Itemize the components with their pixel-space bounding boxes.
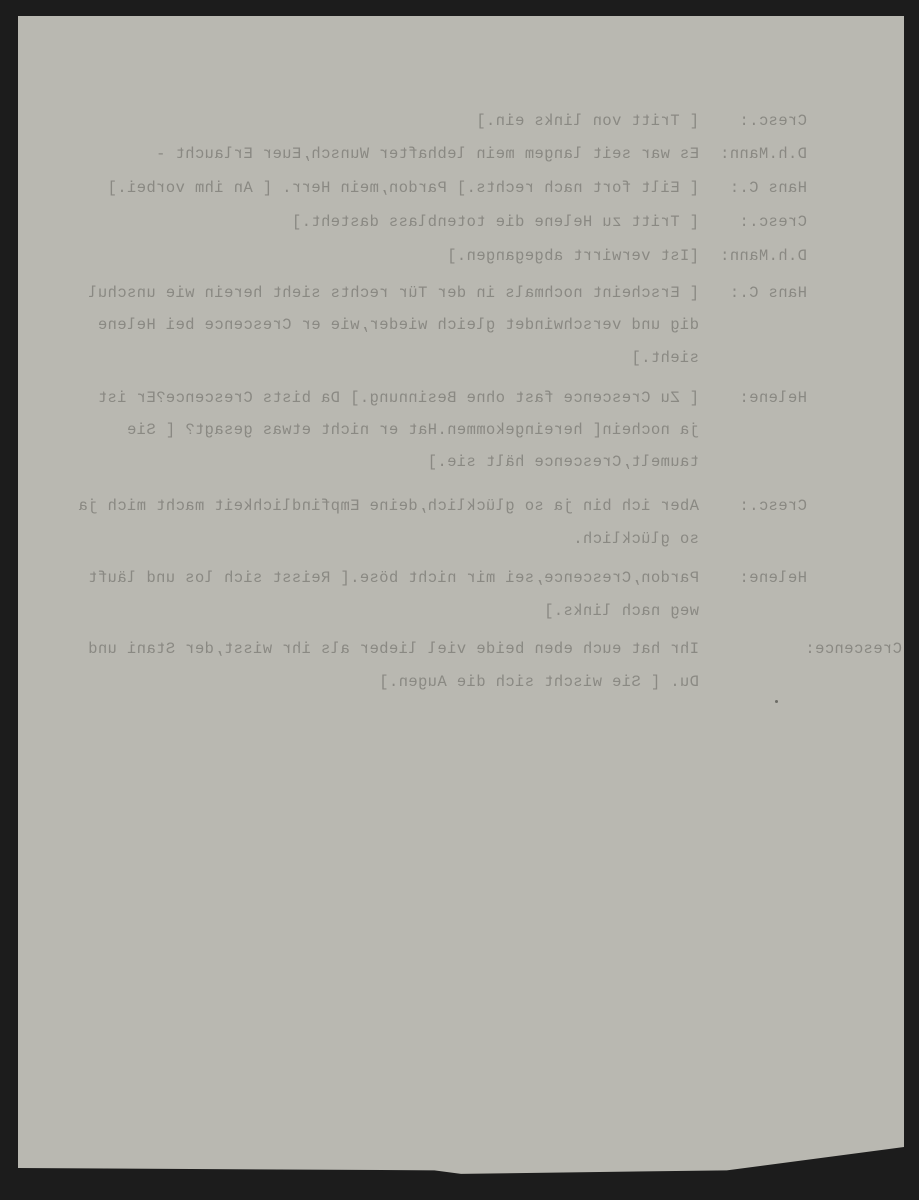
mirrored-text-block: Cresc.: [ Tritt von links ein.] D.h.Mann… <box>18 16 904 1182</box>
dialogue-line: weg nach links.] <box>544 602 699 620</box>
dialogue-line: Pardon,Crescence,sei mir nicht böse.[ Re… <box>88 569 699 587</box>
dialogue-line: [Ist verwirrt abgegangen.] <box>447 247 699 265</box>
speaker-label: D.h.Mann: <box>720 247 807 265</box>
dialogue-line: [ Zu Crescence fast ohne Besinnung.] Da … <box>98 389 700 407</box>
speaker-label: Cresc.: <box>739 497 807 515</box>
dialogue-line: Aber ich bin ja so glücklich,deine Empfi… <box>78 497 699 515</box>
speaker-label: Cresc.: <box>739 213 807 231</box>
dialogue-line: sieht.] <box>631 349 699 367</box>
document-page: Cresc.: [ Tritt von links ein.] D.h.Mann… <box>18 16 904 1182</box>
dialogue-line: [ Tritt von links ein.] <box>476 112 699 130</box>
speaker-label: Hans C.: <box>729 284 807 302</box>
speaker-label: Cresc.: <box>739 112 807 130</box>
speaker-label: Crescence: <box>805 640 902 658</box>
dialogue-line: so glücklich. <box>573 530 699 548</box>
speaker-label: Helene: <box>739 569 807 587</box>
dialogue-line: [ Eilt fort nach rechts.] Pardon,mein He… <box>107 179 699 197</box>
dialogue-line: taumelt,Crescence hält sie.] <box>427 453 699 471</box>
dialogue-line: [ Erscheint nochmals in der Tür rechts s… <box>88 284 699 302</box>
ink-speck <box>775 700 778 703</box>
dialogue-line: Ihr hat euch eben beide viel lieber als … <box>88 640 699 658</box>
speaker-label: Hans C.: <box>729 179 807 197</box>
speaker-label: D.h.Mann: <box>720 145 807 163</box>
dialogue-line: ja nochein[ hereingekommen.Hat er nicht … <box>127 421 699 439</box>
dialogue-line: dig und verschwindet gleich wieder,wie e… <box>98 316 700 334</box>
dialogue-line: Du. [ Sie wischt sich die Augen.] <box>379 673 699 691</box>
speaker-label: Helene: <box>739 389 807 407</box>
dialogue-line: [ Tritt zu Helene die totenblass dasteht… <box>292 213 699 231</box>
dialogue-line: Es war seit langem mein lebhafter Wunsch… <box>156 145 699 163</box>
